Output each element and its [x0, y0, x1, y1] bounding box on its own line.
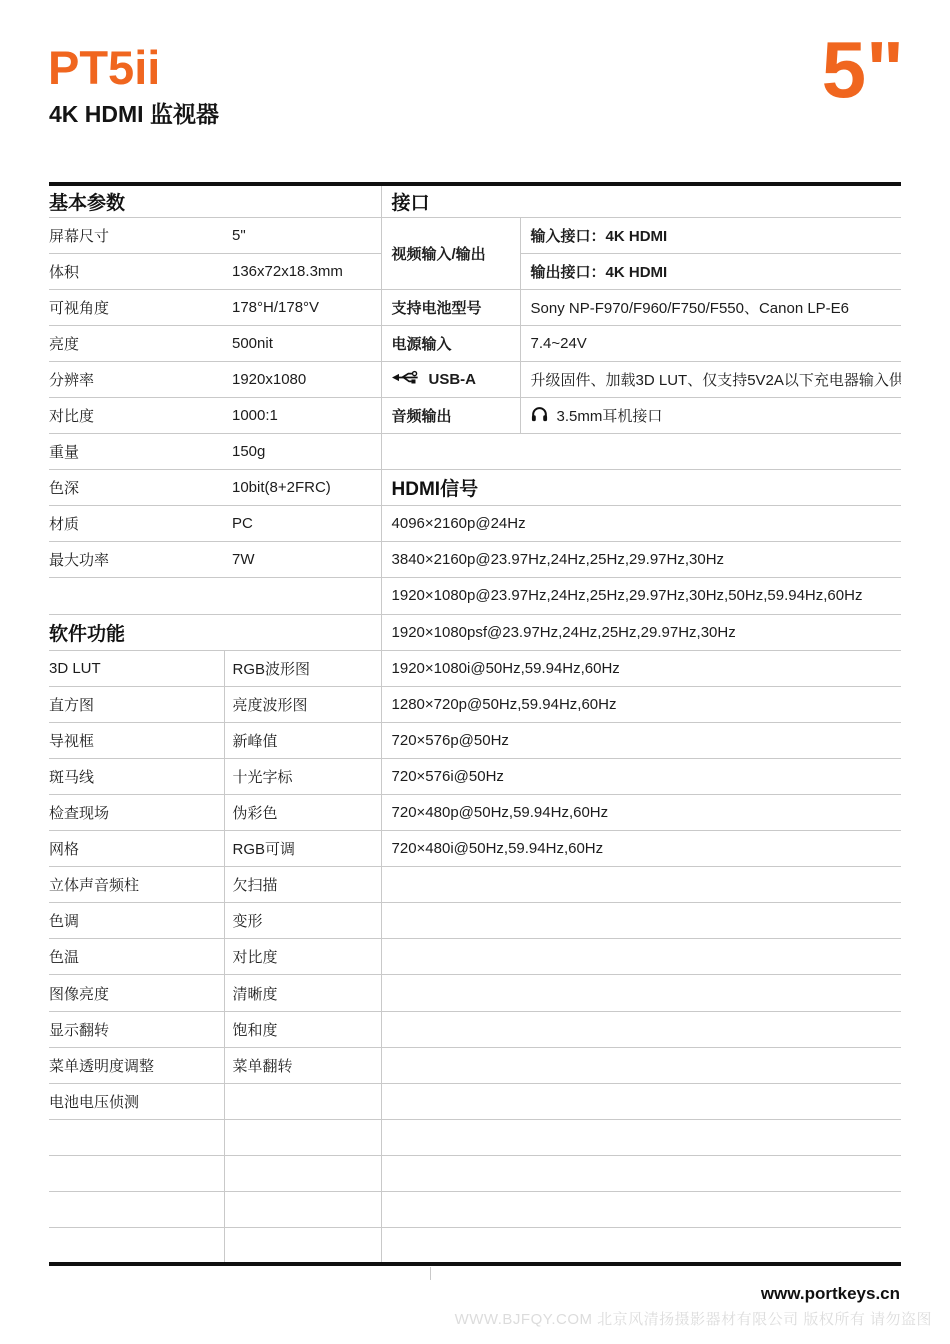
feature-cell: [224, 1083, 381, 1119]
feature-cell: 直方图: [49, 686, 224, 722]
spec-value: PC: [224, 506, 381, 542]
feature-cell: RGB波形图: [224, 650, 381, 686]
feature-cell: 伪彩色: [224, 795, 381, 831]
interface-audio-label: 音频输出: [381, 397, 520, 433]
spec-label: 材质: [49, 506, 224, 542]
hdmi-mode: 1280×720p@50Hz,59.94Hz,60Hz: [381, 686, 901, 722]
spec-label: 屏幕尺寸: [49, 217, 224, 253]
spec-value: 7W: [224, 542, 381, 578]
table-row: 软件功能 1920×1080psf@23.97Hz,24Hz,25Hz,29.9…: [49, 614, 901, 650]
feature-cell: 欠扫描: [224, 867, 381, 903]
empty-cell: [381, 867, 901, 903]
spec-value: 1920x1080: [224, 361, 381, 397]
screen-size-badge: 5": [822, 24, 904, 116]
spec-value: 1000:1: [224, 397, 381, 433]
feature-cell: 图像亮度: [49, 975, 224, 1011]
feature-cell: 菜单透明度调整: [49, 1047, 224, 1083]
hdmi-mode: 1920×1080i@50Hz,59.94Hz,60Hz: [381, 650, 901, 686]
table-row: 屏幕尺寸 5" 视频输入/输出 输入接口：4K HDMI: [49, 217, 901, 253]
table-row: 菜单透明度调整 菜单翻转: [49, 1047, 901, 1083]
spec-value: 178°H/178°V: [224, 289, 381, 325]
empty-cell: [381, 1119, 901, 1155]
empty-cell: [381, 1192, 901, 1228]
divider-tick: [430, 1267, 431, 1280]
spec-value: 5": [224, 217, 381, 253]
hdmi-mode: 3840×2160p@23.97Hz,24Hz,25Hz,29.97Hz,30H…: [381, 542, 901, 578]
website-link[interactable]: www.portkeys.cn: [761, 1284, 900, 1304]
table-row: 3D LUT RGB波形图 1920×1080i@50Hz,59.94Hz,60…: [49, 650, 901, 686]
spec-table: 基本参数 接口 屏幕尺寸 5" 视频输入/输出 输入接口：4K HDMI 体积 …: [49, 182, 901, 1266]
table-row: 亮度 500nit 电源输入 7.4~24V: [49, 325, 901, 361]
empty-cell: [381, 1047, 901, 1083]
empty-cell: [224, 1155, 381, 1191]
section-title-basic: 基本参数: [49, 184, 381, 217]
spec-value: 10bit(8+2FRC): [224, 470, 381, 506]
feature-cell: RGB可调: [224, 831, 381, 867]
table-row: [49, 1119, 901, 1155]
empty-cell: [49, 578, 381, 614]
table-row: 重量 150g: [49, 434, 901, 470]
spec-label: 色深: [49, 470, 224, 506]
spec-value: 150g: [224, 434, 381, 470]
audio-value-text: 3.5mm耳机接口: [557, 405, 663, 426]
table-row: 斑马线 十光字标 720×576i@50Hz: [49, 758, 901, 794]
table-row: 1920×1080p@23.97Hz,24Hz,25Hz,29.97Hz,30H…: [49, 578, 901, 614]
empty-cell: [381, 903, 901, 939]
feature-cell: 十光字标: [224, 758, 381, 794]
spec-label: 可视角度: [49, 289, 224, 325]
empty-cell: [381, 1155, 901, 1191]
table-row: 检查现场 伪彩色 720×480p@50Hz,59.94Hz,60Hz: [49, 795, 901, 831]
interface-video-io-label: 视频输入/输出: [381, 217, 520, 289]
headphones-icon: [531, 406, 548, 426]
empty-cell: [381, 434, 901, 470]
product-subtitle: 4K HDMI 监视器: [49, 96, 219, 129]
product-name: PT5ii: [48, 40, 160, 95]
feature-cell: 立体声音频柱: [49, 867, 224, 903]
feature-cell: 新峰值: [224, 722, 381, 758]
empty-cell: [49, 1119, 224, 1155]
interface-video-output: 输出接口：4K HDMI: [520, 253, 901, 289]
interface-power-label: 电源输入: [381, 325, 520, 361]
hdmi-mode: 720×480p@50Hz,59.94Hz,60Hz: [381, 795, 901, 831]
feature-cell: 菜单翻转: [224, 1047, 381, 1083]
feature-cell: 导视框: [49, 722, 224, 758]
hdmi-mode: 720×576p@50Hz: [381, 722, 901, 758]
hdmi-mode: 1920×1080psf@23.97Hz,24Hz,25Hz,29.97Hz,3…: [381, 614, 901, 650]
table-row: 直方图 亮度波形图 1280×720p@50Hz,59.94Hz,60Hz: [49, 686, 901, 722]
spec-value: 500nit: [224, 325, 381, 361]
spec-label: 分辨率: [49, 361, 224, 397]
table-header-row: 基本参数 接口: [49, 184, 901, 217]
interface-power-value: 7.4~24V: [520, 325, 901, 361]
section-title-software: 软件功能: [49, 614, 381, 650]
interface-video-input: 输入接口：4K HDMI: [520, 217, 901, 253]
copyright-watermark: WWW.BJFQY.COM 北京风清扬摄影器材有限公司 版权所有 请勿盗图: [455, 1308, 932, 1329]
empty-cell: [381, 975, 901, 1011]
table-row: 分辨率 1920x1080: [49, 361, 901, 397]
hdmi-mode: 720×480i@50Hz,59.94Hz,60Hz: [381, 831, 901, 867]
table-row: [49, 1155, 901, 1191]
empty-cell: [224, 1228, 381, 1264]
feature-cell: 网格: [49, 831, 224, 867]
table-row: 图像亮度 清晰度: [49, 975, 901, 1011]
empty-cell: [224, 1192, 381, 1228]
feature-cell: 饱和度: [224, 1011, 381, 1047]
usb-label-text: USB-A: [429, 371, 477, 388]
spec-label: 重量: [49, 434, 224, 470]
table-row: 可视角度 178°H/178°V 支持电池型号 Sony NP-F970/F96…: [49, 289, 901, 325]
spec-label: 体积: [49, 253, 224, 289]
spec-label: 最大功率: [49, 542, 224, 578]
empty-cell: [381, 1083, 901, 1119]
table-row: 色深 10bit(8+2FRC) HDMI信号: [49, 470, 901, 506]
table-row: 电池电压侦测: [49, 1083, 901, 1119]
interface-usb-label: USB-A: [381, 361, 520, 397]
empty-cell: [49, 1192, 224, 1228]
spec-label: 对比度: [49, 397, 224, 433]
table-row: 材质 PC 4096×2160p@24Hz: [49, 506, 901, 542]
interface-battery-label: 支持电池型号: [381, 289, 520, 325]
feature-cell: 3D LUT: [49, 650, 224, 686]
table-row: [49, 1192, 901, 1228]
interface-usb-value: 升级固件、加载3D LUT、仅支持5V2A以下充电器输入供电: [520, 361, 901, 397]
empty-cell: [381, 1011, 901, 1047]
section-title-interface: 接口: [381, 184, 901, 217]
hdmi-mode: 4096×2160p@24Hz: [381, 506, 901, 542]
empty-cell: [49, 1228, 224, 1264]
interface-battery-value: Sony NP-F970/F960/F750/F550、Canon LP-E6: [520, 289, 901, 325]
feature-cell: 对比度: [224, 939, 381, 975]
feature-cell: 电池电压侦测: [49, 1083, 224, 1119]
table-row: 对比度 1000:1 音频输出 3.5mm耳机接口: [49, 397, 901, 433]
feature-cell: 斑马线: [49, 758, 224, 794]
table-row: 网格 RGB可调 720×480i@50Hz,59.94Hz,60Hz: [49, 831, 901, 867]
table-row: 最大功率 7W 3840×2160p@23.97Hz,24Hz,25Hz,29.…: [49, 542, 901, 578]
feature-cell: 检查现场: [49, 795, 224, 831]
empty-cell: [381, 939, 901, 975]
spec-value: 136x72x18.3mm: [224, 253, 381, 289]
table-row: 导视框 新峰值 720×576p@50Hz: [49, 722, 901, 758]
table-row: 色温 对比度: [49, 939, 901, 975]
spec-label: 亮度: [49, 325, 224, 361]
table-row: [49, 1228, 901, 1264]
hdmi-mode: 720×576i@50Hz: [381, 758, 901, 794]
empty-cell: [381, 1228, 901, 1264]
table-row: 立体声音频柱 欠扫描: [49, 867, 901, 903]
hdmi-mode: 1920×1080p@23.97Hz,24Hz,25Hz,29.97Hz,30H…: [381, 578, 901, 614]
table-row: 色调 变形: [49, 903, 901, 939]
feature-cell: 色调: [49, 903, 224, 939]
feature-cell: 亮度波形图: [224, 686, 381, 722]
feature-cell: 显示翻转: [49, 1011, 224, 1047]
feature-cell: 色温: [49, 939, 224, 975]
table-row: 显示翻转 饱和度: [49, 1011, 901, 1047]
usb-icon: [392, 370, 420, 389]
spec-sheet-page: PT5ii 4K HDMI 监视器 5" 基本参数 接口 屏幕尺寸 5" 视频输…: [0, 0, 950, 1344]
empty-cell: [49, 1155, 224, 1191]
feature-cell: 清晰度: [224, 975, 381, 1011]
feature-cell: 变形: [224, 903, 381, 939]
interface-audio-value: 3.5mm耳机接口: [520, 397, 901, 433]
empty-cell: [224, 1119, 381, 1155]
section-title-hdmi: HDMI信号: [381, 470, 901, 506]
